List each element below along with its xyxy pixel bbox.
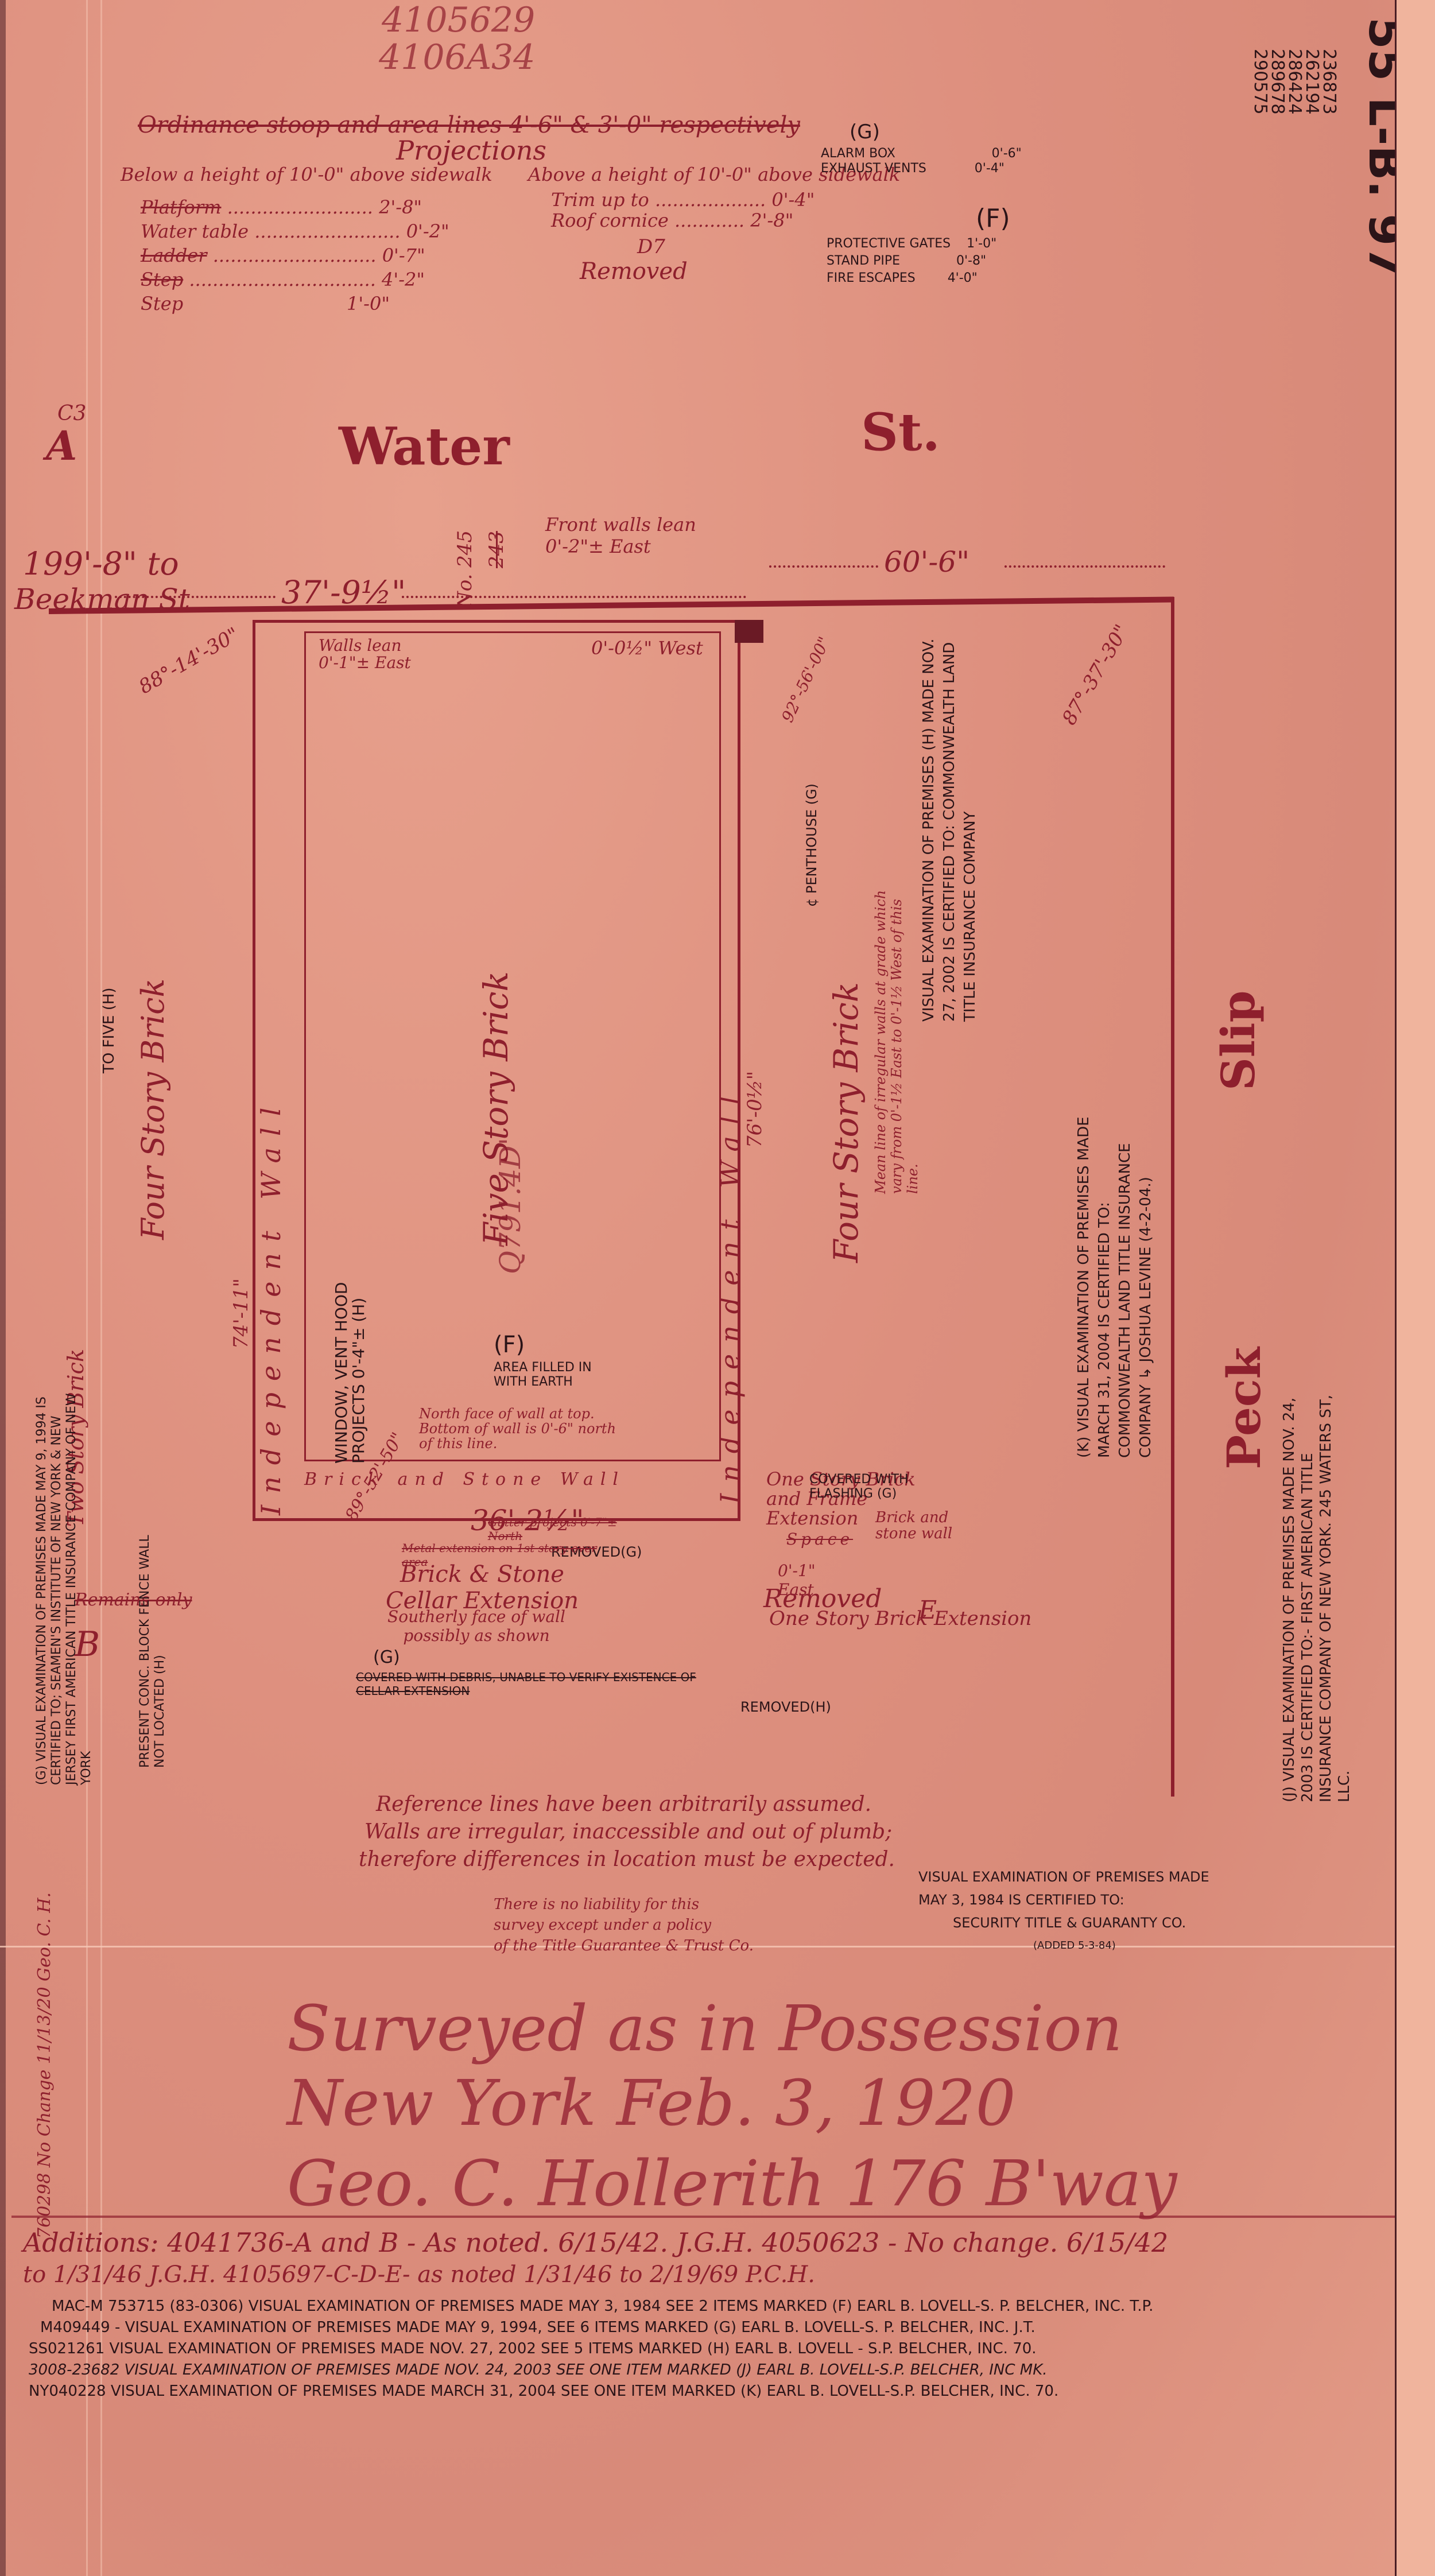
cert-j-2003: (J) VISUAL EXAMINATION OF PREMISES MADE … — [1280, 1378, 1353, 1802]
fold-crease — [100, 0, 102, 2576]
projections-heading: Projections — [396, 135, 546, 166]
sheet-refs: 236873 262194 286424 289678 290575 — [1251, 49, 1337, 115]
house-number-old: 243 — [485, 531, 508, 568]
covered-debris-marker: (G) — [373, 1647, 400, 1667]
additions-line1: Additions: 4041736-A and B - As noted. 6… — [23, 2227, 1168, 2258]
fire-list: PROTECTIVE GATES 1'-0" STAND PIPE 0'-8" … — [827, 235, 996, 287]
left-building-change: TO FIVE (H) — [100, 987, 118, 1073]
street-slip: Slip — [1211, 991, 1265, 1091]
alarm-list: ALARM BOX 0'-6" EXHAUST VENTS 0'-4" — [821, 146, 1022, 176]
file-number: 4105629 — [382, 0, 535, 40]
exam-log-entry: MAC-M 753715 (83-0306) VISUAL EXAMINATIO… — [29, 2296, 1153, 2317]
space-label: Space — [786, 1530, 853, 1549]
brick-stone-wall: Brick and Stone Wall — [304, 1469, 625, 1489]
street-st: St. — [861, 402, 940, 463]
removed-h-note: REMOVED(H) — [740, 1699, 831, 1715]
brick-stone-wall-label: Brick and stone wall — [875, 1510, 961, 1542]
left-border — [0, 0, 6, 2576]
walls-lean-west: 0'-0½" West — [591, 637, 703, 659]
projections-below-list: Platform ......................... 2'-8"… — [141, 195, 449, 316]
depth-left: 74'-11" — [230, 1278, 253, 1349]
left-building-label: Four Story Brick — [135, 979, 171, 1240]
fire-marker: (F) — [976, 204, 1010, 233]
fold-crease — [86, 0, 88, 2576]
signature-surveyor: Geo. C. Hollerith 176 B'way — [287, 2147, 1177, 2220]
metal-extension-note: Metal extension on 1st story over area — [402, 1541, 608, 1569]
covered-debris-note: COVERED WITH DEBRIS, UNABLE TO VERIFY EX… — [356, 1670, 723, 1698]
alarm-marker: (G) — [850, 121, 880, 143]
independent-wall-right: Independent Wall — [715, 1085, 746, 1504]
dimension-line — [402, 596, 746, 598]
independent-wall-left: Independent Wall — [255, 1096, 286, 1515]
center-building-label: Five Story Brick — [476, 971, 515, 1246]
liability-note: There is no liability for this survey ex… — [494, 1894, 754, 1956]
survey-sheet: 4105629 4106A34 55 L-B. 97 236873 262194… — [0, 0, 1395, 2576]
angle-left: 88°-14'-30" — [135, 623, 243, 699]
penthouse-label: ¢ PENTHOUSE (G) — [804, 783, 820, 907]
file-number: 4106A34 — [379, 37, 535, 77]
exam-log-entry: 3008-23682 VISUAL EXAMINATION OF PREMISE… — [29, 2360, 1153, 2381]
covered-flashing-note: COVERED WITH FLASHING (G) — [809, 1472, 924, 1501]
removed-e-label: Removed — [763, 1584, 882, 1613]
dimension-line — [115, 596, 276, 598]
street-water: Water — [339, 416, 510, 477]
right-margin — [1395, 0, 1435, 2576]
southerly-face-note: Southerly face of wall possibly as shown — [356, 1607, 597, 1645]
additions-line2: to 1/31/46 J.G.H. 4105697-C-D-E- as note… — [23, 2261, 815, 2288]
projections-above-list: Trim up to ................... 0'-4" Roo… — [551, 189, 815, 231]
cert-f-1984: VISUAL EXAMINATION OF PREMISES MADE MAY … — [918, 1865, 1209, 1957]
cert-g-1994: (G) VISUAL EXAMINATION OF PREMISES MADE … — [34, 1383, 94, 1785]
exam-log: MAC-M 753715 (83-0306) VISUAL EXAMINATIO… — [29, 2296, 1153, 2402]
removed-note: Removed — [580, 258, 688, 285]
area-filled-marker: (F) — [494, 1332, 525, 1358]
dimension-line — [769, 565, 878, 568]
reference-lines-note: Reference lines have been arbitrarily as… — [359, 1791, 895, 1873]
street-peck: Peck — [1217, 1347, 1271, 1469]
cert-h-2002: VISUAL EXAMINATION OF PREMISES (H) MADE … — [918, 631, 980, 1022]
to-beekman: 199'-8" to — [23, 545, 179, 582]
front-width-right: 60'-6" — [884, 545, 969, 579]
property-line-east — [1171, 597, 1174, 1797]
exam-log-entry: SS021261 VISUAL EXAMINATION OF PREMISES … — [29, 2338, 1153, 2360]
window-hood-note: WINDOW, VENT HOOD PROJECTS 0'-4"± (H) — [333, 1200, 367, 1464]
margin-change-note: 760298 No Change 11/13/20 Geo. C. H. — [34, 1892, 55, 2239]
signature-date: New York Feb. 3, 1920 — [287, 2066, 1016, 2140]
rule-line — [11, 2216, 1395, 2218]
removed-marker: D7 — [637, 235, 665, 258]
area-filled-note: AREA FILLED IN WITH EARTH — [494, 1360, 608, 1389]
north-face-note: North face of wall at top. Bottom of wal… — [419, 1406, 626, 1451]
right-building-label: Four Story Brick — [827, 982, 866, 1263]
corner-pier — [735, 620, 763, 643]
gutter-note: Gutter projects 0'-7"± North — [488, 1515, 637, 1543]
signature-surveyed: Surveyed as in Possession — [287, 1992, 1123, 2065]
cert-k-2004: (K) VISUAL EXAMINATION OF PREMISES MADE … — [1073, 1114, 1156, 1458]
exam-log-entry: M409449 - VISUAL EXAMINATION OF PREMISES… — [29, 2317, 1153, 2338]
mean-line-note: Mean line of irregular walls at grade wh… — [872, 872, 921, 1194]
marker-a: A — [46, 422, 77, 470]
exam-log-entry: NY040228 VISUAL EXAMINATION OF PREMISES … — [29, 2381, 1153, 2402]
marker-e: E — [918, 1596, 937, 1625]
walls-lean-east: Walls lean 0'-1"± East — [319, 637, 433, 672]
fence-note: PRESENT CONC. BLOCK FENCE WALL NOT LOCAT… — [138, 1527, 168, 1768]
cellar-ext-label: Brick & Stone Cellar Extension — [385, 1561, 580, 1614]
street-line — [49, 596, 1174, 614]
dimension-line — [1004, 565, 1165, 568]
front-walls-lean: Front walls lean 0'-2"± East — [545, 514, 735, 557]
projections-below-heading: Below a height of 10'-0" above sidewalk — [121, 164, 492, 185]
depth-right: 76'-0½" — [743, 1071, 766, 1148]
